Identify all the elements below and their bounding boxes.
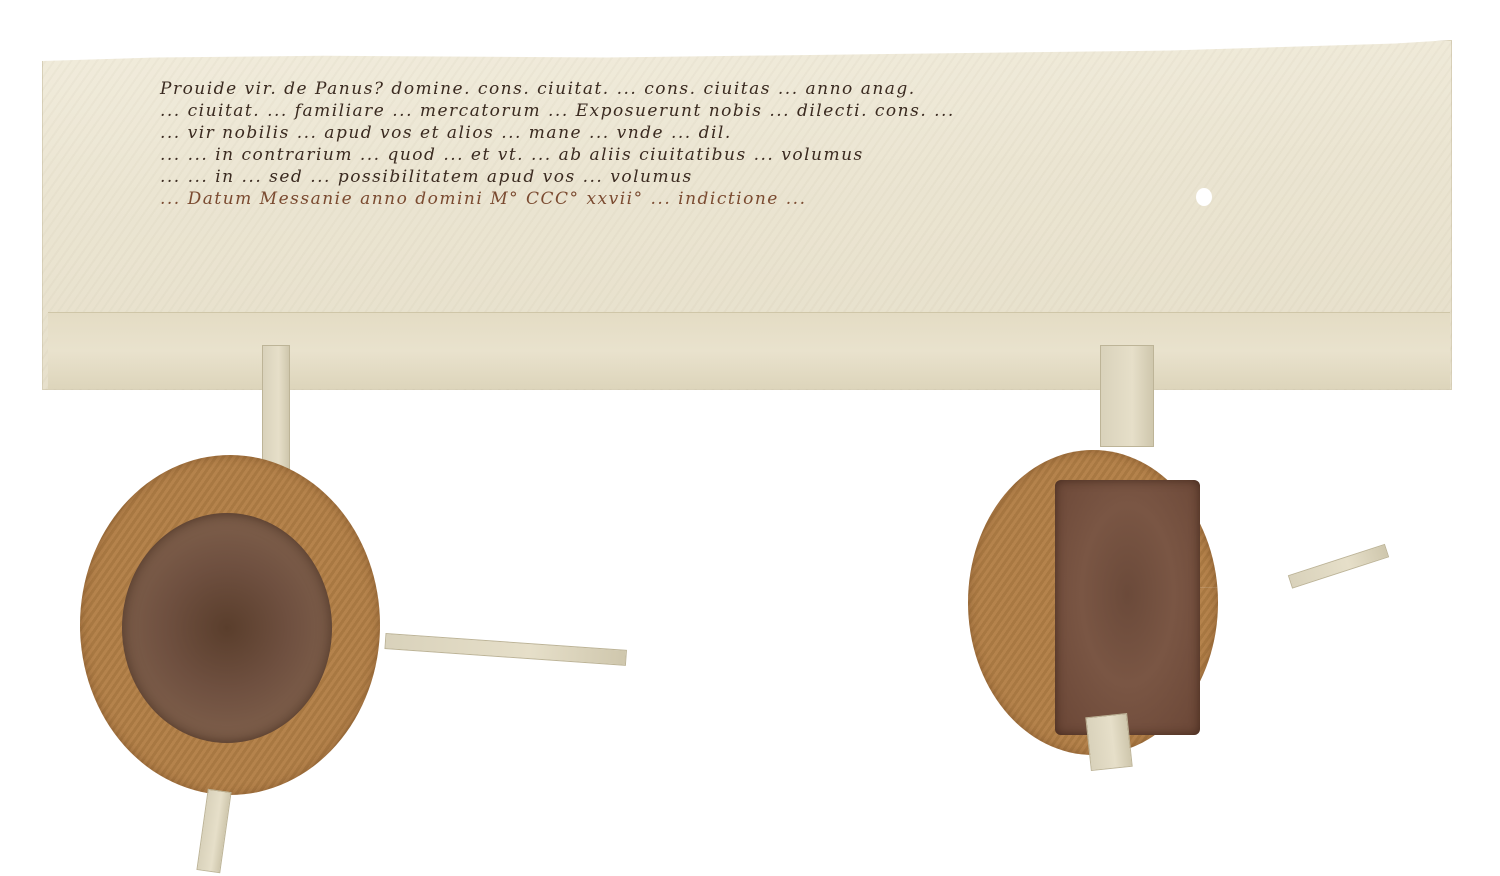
- text-line: ... vir nobilis ... apud vos et alios ..…: [160, 122, 1400, 144]
- text-line: ... ... in ... sed ... possibilitatem ap…: [160, 166, 1400, 188]
- text-line: Prouide vir. de Panus? domine. cons. ciu…: [160, 78, 1400, 100]
- left-seal-tag-upper: [262, 345, 290, 477]
- right-seal-tag-lower: [1085, 713, 1132, 771]
- right-seal-tag-upper: [1100, 345, 1154, 447]
- parchment-hole: [1196, 188, 1212, 206]
- left-seal-impression-icon: [122, 513, 332, 743]
- dating-clause: ... Datum Messanie anno domini M° CCC° x…: [160, 188, 1400, 210]
- left-seal-tag-lower: [196, 789, 231, 874]
- right-seal-impression-icon: [1055, 480, 1200, 735]
- left-seal: [80, 455, 380, 795]
- text-line: ... ciuitat. ... familiare ... mercatoru…: [160, 100, 1400, 122]
- charter-text: Prouide vir. de Panus? domine. cons. ciu…: [160, 78, 1400, 210]
- charter-plica-fold: [48, 312, 1450, 389]
- text-line: ... ... in contrarium ... quod ... et vt…: [160, 144, 1400, 166]
- left-seal-tag-tail: [384, 633, 627, 666]
- right-seal-tag-tail: [1288, 544, 1389, 589]
